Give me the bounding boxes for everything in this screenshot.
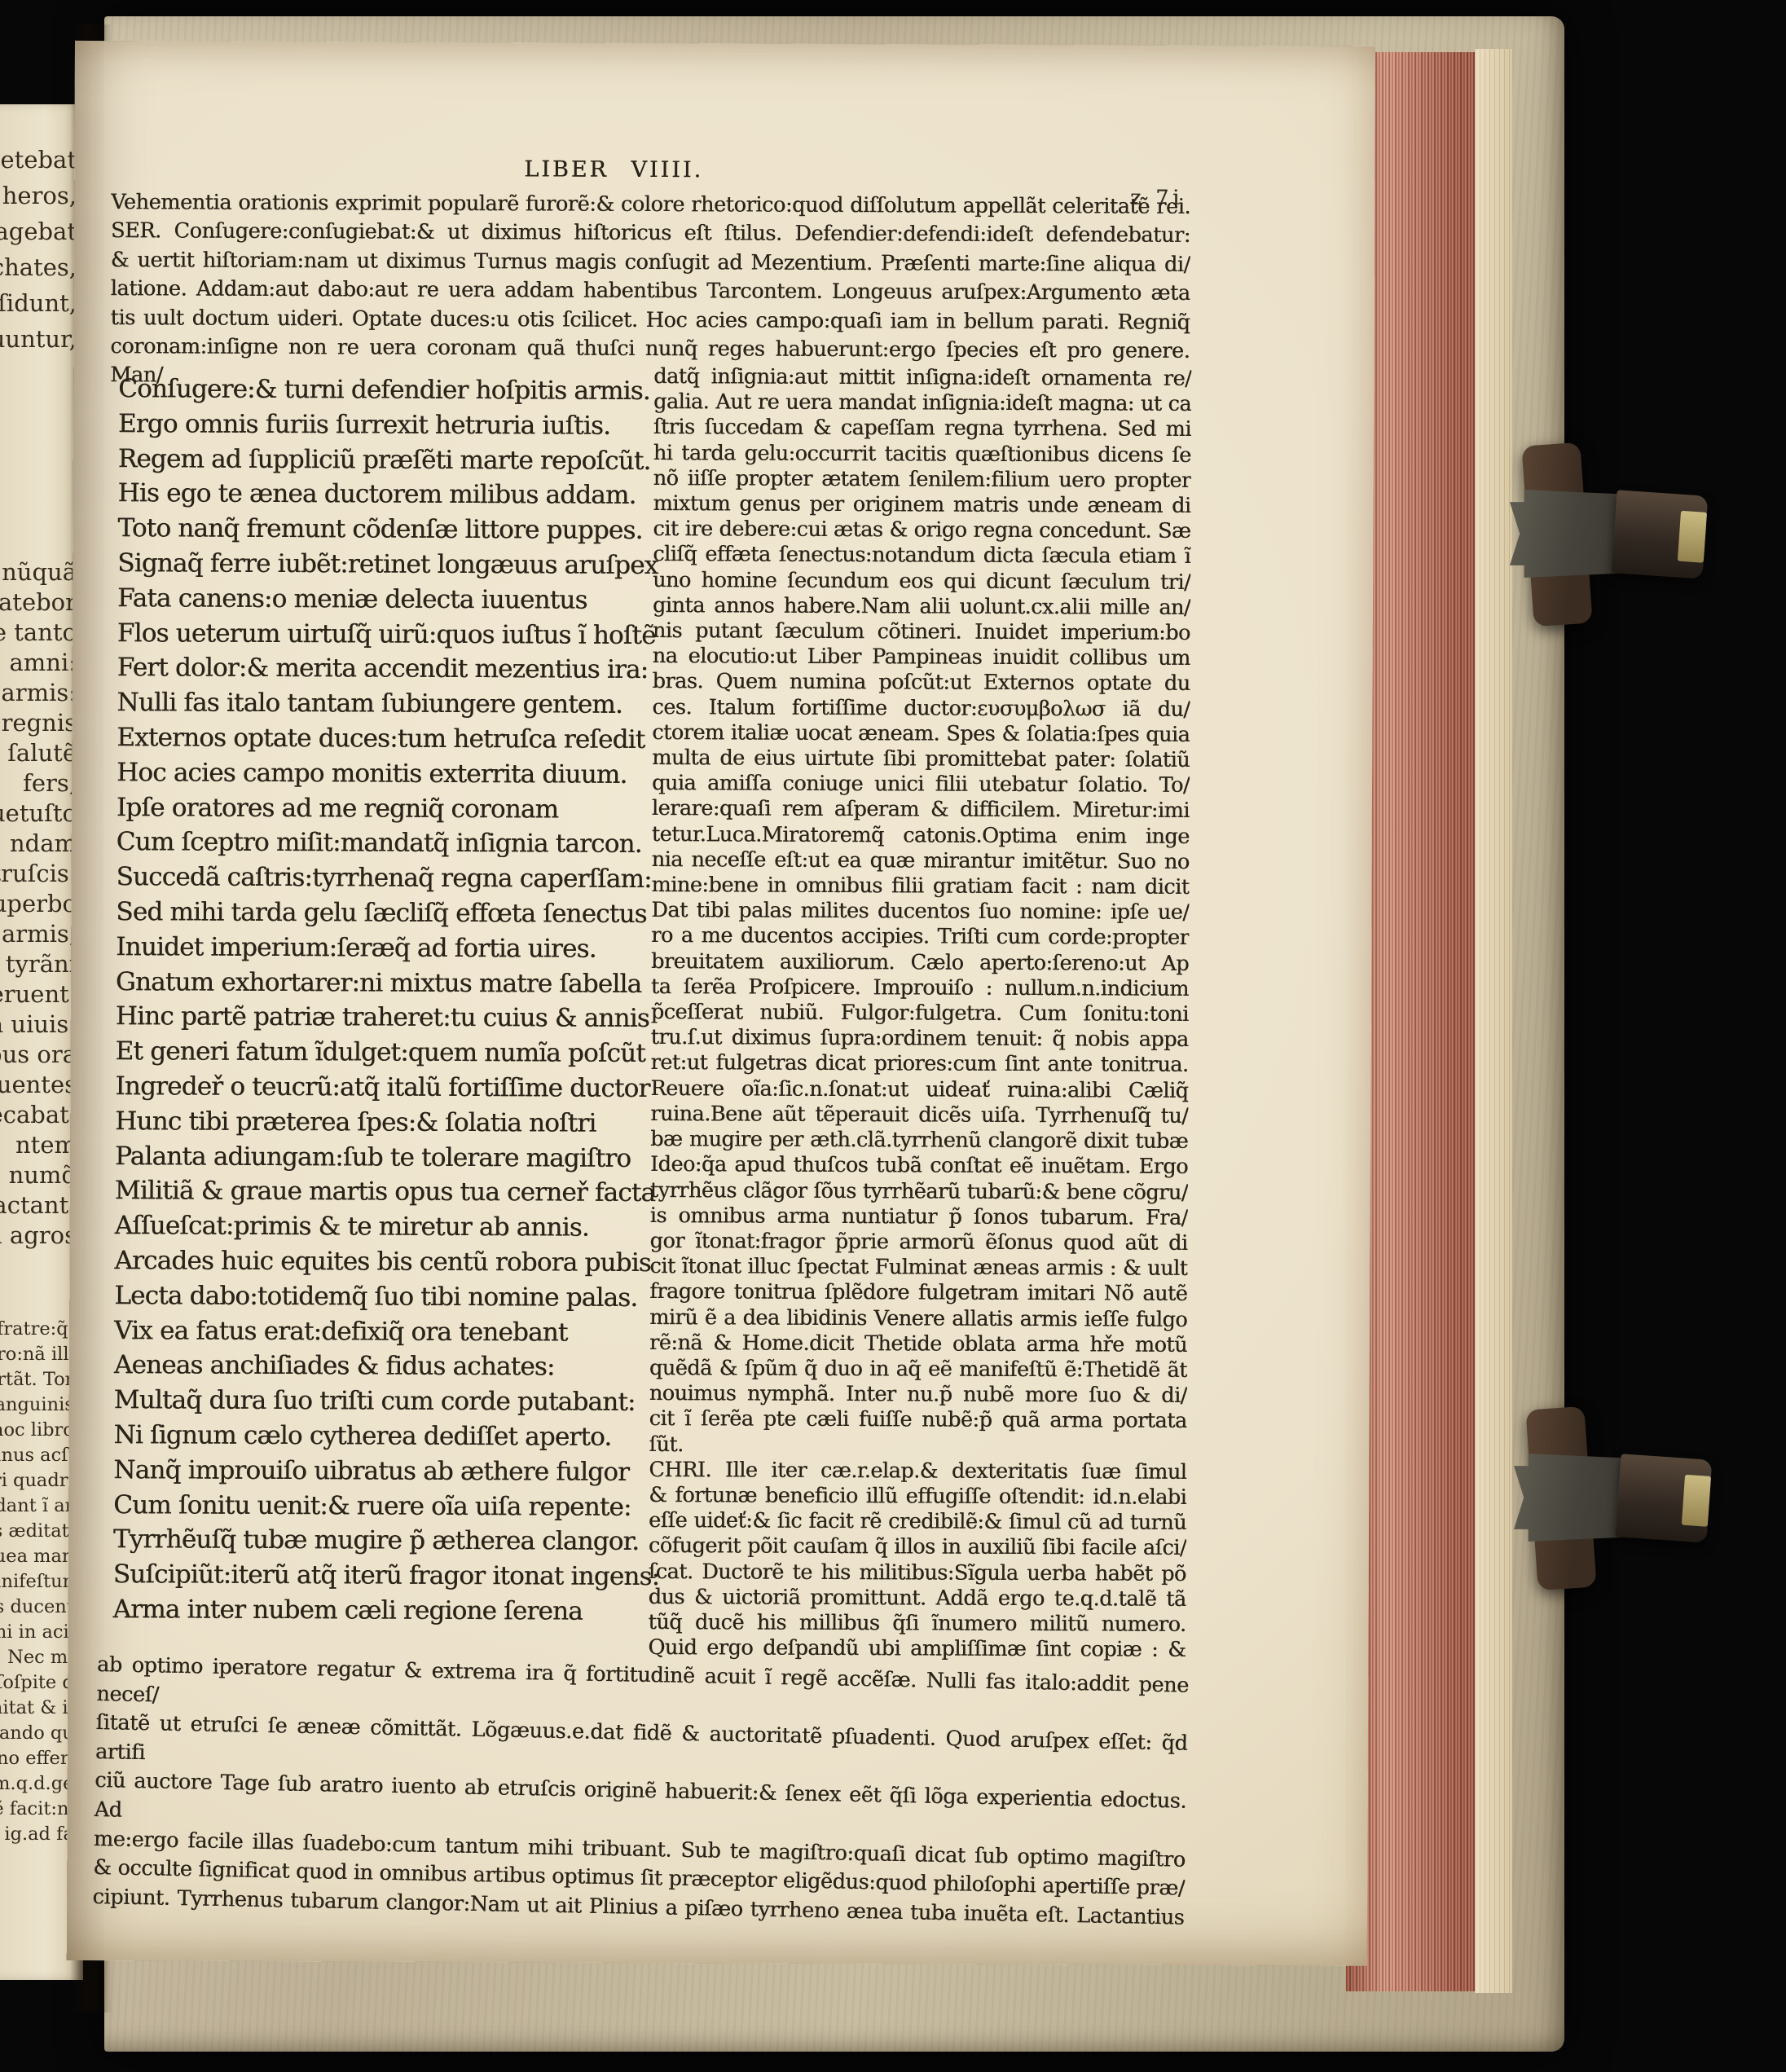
text-line: Militiã & graue martis opus tua cerneř f… [115, 1173, 662, 1211]
text-line: ſpite nũquã [0, 557, 77, 587]
text-line: Ergo omnis furiis ſurrexit hetruria iuſt… [118, 407, 666, 444]
text-line: agebat [0, 213, 77, 249]
text-line: lerare:quaſi rem aſperam & difficilem. M… [652, 796, 1190, 824]
text-line: Nulli fas italo tantam ſubiungere gentem… [117, 685, 664, 723]
text-line: bæ mugire per æth.clã.tyrrhenũ clangorẽ … [650, 1127, 1188, 1155]
text-line: quẽdã & ſpũm q̃ duo in aq̃ eẽ manifeſtũ … [649, 1356, 1187, 1384]
text-line: fragore tonitrua ſplẽdore fulgetram imit… [649, 1279, 1187, 1307]
text-line: cit ire debere:cui ætas & origo regna co… [653, 517, 1190, 544]
text-line: His ego te ænea ductorem milibus addam. [117, 477, 665, 514]
clasp-metal-plate [1514, 1454, 1625, 1542]
text-line: r.Cicero:nã illa [0, 1342, 80, 1367]
text-line: & uertit hiſtoriam:nam ut diximus Turnus… [111, 246, 1190, 279]
text-line: Ni ſignum cælo cytherea dediſſet aperto. [113, 1418, 661, 1455]
text-line: nia neceſſe eſt:ut ea quæ mirantur imitẽ… [652, 847, 1190, 875]
text-line: Dat tibi palas milites ducentos ſuo nomi… [651, 898, 1189, 926]
text-line: Sed mihi tarda gelu ſæcliſq̃ effœta ſene… [116, 895, 663, 932]
text-line: eſſe uideť:& ſic facit rẽ credibilẽ:& ſi… [649, 1508, 1186, 1536]
text-line: t achates, [0, 249, 77, 285]
text-line: Externos optate duces:tum hetruſca reſed… [117, 720, 664, 758]
text-line: uentes [0, 1070, 77, 1100]
text-line: mine:bene in omnibus filii gratiam facit… [651, 873, 1189, 900]
text-line: breuitatem auxiliorum. Cælo aperto:ſeren… [651, 949, 1189, 977]
text-line: Arcades huic equites bis centũ robora pu… [114, 1243, 662, 1281]
text-line: Suſcipiũt:iterũ atq̃ iterũ fragor itonat… [113, 1557, 661, 1595]
text-line: uno homine ſecundum eos qui dicunt ſæcul… [653, 568, 1190, 596]
text-line: datq̃ inſignia:aut mittit inſigna:ideſt … [653, 364, 1191, 392]
text-line: oribus ora [0, 1040, 77, 1070]
text-line: Hunc tibi præterea ſpes:& ſolatia noſtri [115, 1104, 662, 1142]
clasp-brass-tip [1678, 511, 1707, 563]
text-line: ro a me ducentos accipies. Triſti cum co… [651, 923, 1189, 951]
text-line: petebat [0, 142, 77, 178]
text-line: Conſugere:& turni defendier hoſpitis arm… [118, 372, 666, 409]
text-line: ruina.Bene aũt tẽperauit dicẽs uiſa. Tyr… [650, 1102, 1188, 1129]
text-line: nouimus nymphã. Inter nu.p̃ nubẽ more ſu… [649, 1381, 1187, 1409]
text-line: ctorem italiæ uocat æneam. Spes & ſolati… [652, 720, 1190, 748]
text-line: na ſalutẽ [0, 738, 77, 768]
text-line: tis uult doctum uideri. Optate duces:u o… [110, 304, 1190, 337]
text-line: o rege fratre:q̃ ĩ [0, 1317, 80, 1342]
text-line: Inuidet imperium:ſeræq̃ ad fortia uires. [116, 930, 663, 967]
top-commentary: Vehementia orationis exprimit popularẽ f… [110, 188, 1190, 395]
text-line: taq̃ regnis [0, 708, 77, 738]
text-line: Arma inter nubem cæli regione ſerena [113, 1592, 661, 1630]
text-line: gor ĩtonat:fragor p̃prie armorũ ẽſonus q… [650, 1229, 1188, 1256]
text-line: galia. Aut re uera mandat inſignia:ideſt… [653, 389, 1191, 417]
text-line: d facta tyrãni [0, 949, 77, 979]
text-line: Ingredeř o teucrũ:atq̃ italũ fortiſſime … [115, 1069, 662, 1106]
text-line: ilicet ſanguinis, [0, 1392, 80, 1418]
text-line: Lecta dabo:totidemq̃ ſuo tibi nomine pal… [114, 1278, 662, 1316]
text-line: Et generi fatum ĩdulget:quem numĩa poſcũ… [115, 1034, 662, 1071]
verso-fragments-top: petebatuneris heros,agebatt achates,iſq̃… [0, 142, 77, 357]
text-line: eteris unus acſu [0, 1443, 80, 1468]
text-line: latione. Addam:aut dabo:aut re uera adda… [111, 275, 1190, 308]
text-line: is omnibus arma nuntiatur p̃ ſonos tubar… [650, 1203, 1188, 1231]
text-line: tyrrhẽus clãgor ſõus tyrrhẽarũ tubarũ:& … [650, 1178, 1188, 1206]
text-line: onuertãt. Tor/ [0, 1367, 80, 1392]
text-line: mixtum genus per originem matris unde æn… [653, 491, 1190, 519]
verso-fragments-middle: ſpite nũquãgna fatebornine tantoamni:ſõa… [0, 557, 77, 1251]
text-line: s in agros [0, 1221, 77, 1251]
text-line: Hoc acies campo monitis exterrita diuum. [117, 755, 664, 793]
text-line: Tyrrhẽuſq̃ tubæ mugire p̃ ætherea clango… [113, 1522, 661, 1559]
text-line: reſeruent. [0, 979, 77, 1010]
text-line: ret:ut fulgetras dicat priores:cum ſint … [650, 1050, 1188, 1078]
text-line: iſq̃ reſidunt, [0, 285, 77, 321]
text-line: Palanta adiungam:ſub te tolerare magiſtr… [115, 1139, 662, 1177]
text-line: Signaq̃ ferre iubẽt:retinet longæuus aru… [117, 546, 665, 583]
text-line: Fert dolor:& merita accendit mezentius i… [117, 651, 665, 688]
fore-edge-inner-margin [1475, 49, 1512, 1993]
text-line: multa de eius uirtute ſibi promittebat p… [652, 746, 1190, 773]
text-line: CHRI. Ille iter cæ.r.elap.& dexteritatis… [649, 1458, 1186, 1485]
text-line: SER. Conſugere:conſugiebat:& ut diximus … [111, 218, 1190, 251]
text-line: mirũ ẽ a dea libidinis Venere allatis ar… [649, 1305, 1187, 1333]
text-line: fers, [0, 768, 77, 798]
text-line: Vix ea fatus erat:defixiq̃ ora tenebant [114, 1313, 662, 1351]
text-line: numq̃ [0, 1160, 77, 1190]
text-line: & fortunæ beneficio illũ effugiſſe oſten… [649, 1483, 1186, 1511]
text-line: cit ĩ ſerẽa pte cæli fuiſſe nubẽ:p̃ quã … [649, 1406, 1186, 1459]
text-line: na elocutio:ut Liber Pampineas inuidit c… [653, 644, 1190, 671]
text-line: necabat. [0, 1100, 77, 1130]
clasp-bottom [1507, 1408, 1711, 1595]
bottom-commentary: ab optimo iperatore regatur & extrema ir… [92, 1651, 1189, 1933]
text-line: ginta annos habere.Nam alii uolunt.cx.al… [653, 593, 1190, 621]
text-line: cit ĩtonat illuc ſpectat Fulminat æneas … [649, 1254, 1187, 1282]
clasp-strap [1612, 490, 1709, 579]
clasp-strap [1616, 1454, 1713, 1543]
text-line: Nanq̃ improuiſo uibratus ab æthere fulgo… [113, 1453, 661, 1490]
text-line: uneris heros, [0, 178, 77, 213]
text-line: dus & uictoriã promittunt. Addã ergo te.… [649, 1585, 1186, 1612]
text-line: Regem ad ſuppliciũ præſẽti marte repoſcũ… [118, 442, 666, 479]
text-line: de ſuperbo [0, 889, 77, 919]
text-line: us armis, [0, 919, 77, 949]
text-line: Gnatum exhortarer:ni mixtus matre ſabell… [116, 965, 663, 1002]
text-line: ces. Italum fortiſſime ductor:ευσυμβολωσ… [652, 695, 1190, 723]
text-line: nine tanto [0, 618, 77, 648]
text-line: amni: [0, 648, 77, 678]
text-line: ſõat armis: [0, 678, 77, 708]
clasp-brass-tip [1682, 1475, 1711, 1527]
text-line: a uetuſto [0, 798, 77, 829]
text-line: Multaq̃ dura ſuo triſti cum corde putaba… [114, 1383, 662, 1420]
text-line: Cum ſceptro miſit:mandatq̃ inſignia tarc… [117, 825, 664, 863]
text-line: Reuere oĩa:ſic.n.ſonat:ut uideať ruina:a… [650, 1076, 1188, 1104]
text-line: Hinc partẽ patriæ traheret:tu cuius & an… [116, 999, 663, 1036]
text-line: etruſcis. [0, 859, 77, 889]
clasp-top [1503, 444, 1707, 631]
text-line: bras. Quem numina poſcũt:ut Externos opt… [653, 669, 1190, 697]
text-line: Ideo:q̃a apud thuſcos tubã conſtat eẽ in… [650, 1152, 1188, 1180]
text-line: ne fruuntur, [0, 321, 77, 357]
text-line: rpora uiuis: [0, 1010, 77, 1040]
clasp-metal-plate [1510, 490, 1621, 578]
text-line: gna fatebor [0, 587, 77, 618]
text-line: nis putant ſæculum cõtineri. Inuidet imp… [653, 618, 1190, 646]
text-line: ſtris ſuccedam & capeſſam regna tyrrhena… [653, 415, 1191, 442]
recto-page: LIBER VIIII. z 7i Vehementia orationis e… [67, 41, 1375, 1966]
text-line: p̃ceſſerat nubiũ. Fulgor:fulgetra. Cum ſ… [651, 1000, 1189, 1027]
text-line: rẽ:nã & Home.dicit Thetide oblata arma h… [649, 1331, 1187, 1358]
text-line: Aſſueſcat:primis & te miretur ab annis. [115, 1208, 662, 1246]
text-line: ndam [0, 829, 77, 859]
text-line: Fata canens:o meniæ delecta iuuentus [117, 581, 665, 618]
text-line: Vehementia orationis exprimit popularẽ f… [111, 188, 1190, 222]
text-line: ſcat. Ductorẽ te his militibus:Sĩgula ue… [649, 1559, 1186, 1587]
text-line: hi tarda gelu:occurrit tacitis quæſtioni… [653, 441, 1191, 469]
text-line: relig ĩ hoc libro, [0, 1418, 80, 1443]
text-line: tetur.Luca.Miratoremq̃ catonis.Optima en… [652, 822, 1190, 850]
commentary-column: datq̃ inſignia:aut mittit inſigna:ideſt … [648, 364, 1191, 1663]
running-title: LIBER VIIII. [524, 156, 703, 183]
poem-column: Conſugere:& turni defendier hoſpitis arm… [113, 372, 666, 1630]
text-line: Aeneas anchiſiades & fidus achates: [114, 1348, 662, 1385]
text-line: ntem [0, 1130, 77, 1160]
text-line: ta ſerẽa Proſpicere. Improuiſo : nullum.… [651, 974, 1189, 1002]
text-line: cõfugerit põit cauſam q̃ illos in auxili… [649, 1533, 1186, 1561]
text-line: Toto nanq̃ fremunt cõdenſæ littore puppe… [117, 511, 665, 548]
text-line: tru.ſ.ut diximus ſupra:ordinem tenuit: q… [651, 1025, 1189, 1053]
text-line: tũq̃ ducẽ his millibus q̃ſi ĩnumero mili… [648, 1610, 1186, 1638]
text-line: nõ iiſſe propter ætatem ſenilem:filium u… [653, 466, 1191, 494]
text-line: quia amiſſa coniuge unici filii utebatur… [652, 771, 1190, 798]
text-line: Quid ergo deſpandũ ubi ampliſſimæ ſint c… [648, 1635, 1186, 1663]
text-line: Flos ueterum uirtuſq̃ uirũ:quos iuſtus ĩ… [117, 616, 665, 653]
text-line: gia iactant: [0, 1190, 77, 1221]
text-line: cliſq̃ effæta ſenectus:notandum dicta ſæ… [653, 542, 1190, 570]
text-line: Succedã caſtris:tyrrhenaq̃ regna caperſſ… [116, 860, 663, 897]
text-line: Cum ſonitu uenit:& ruere oĩa uiſa repent… [113, 1488, 661, 1525]
text-line: Ipſe oratores ad me regniq̃ coronam [117, 790, 664, 828]
